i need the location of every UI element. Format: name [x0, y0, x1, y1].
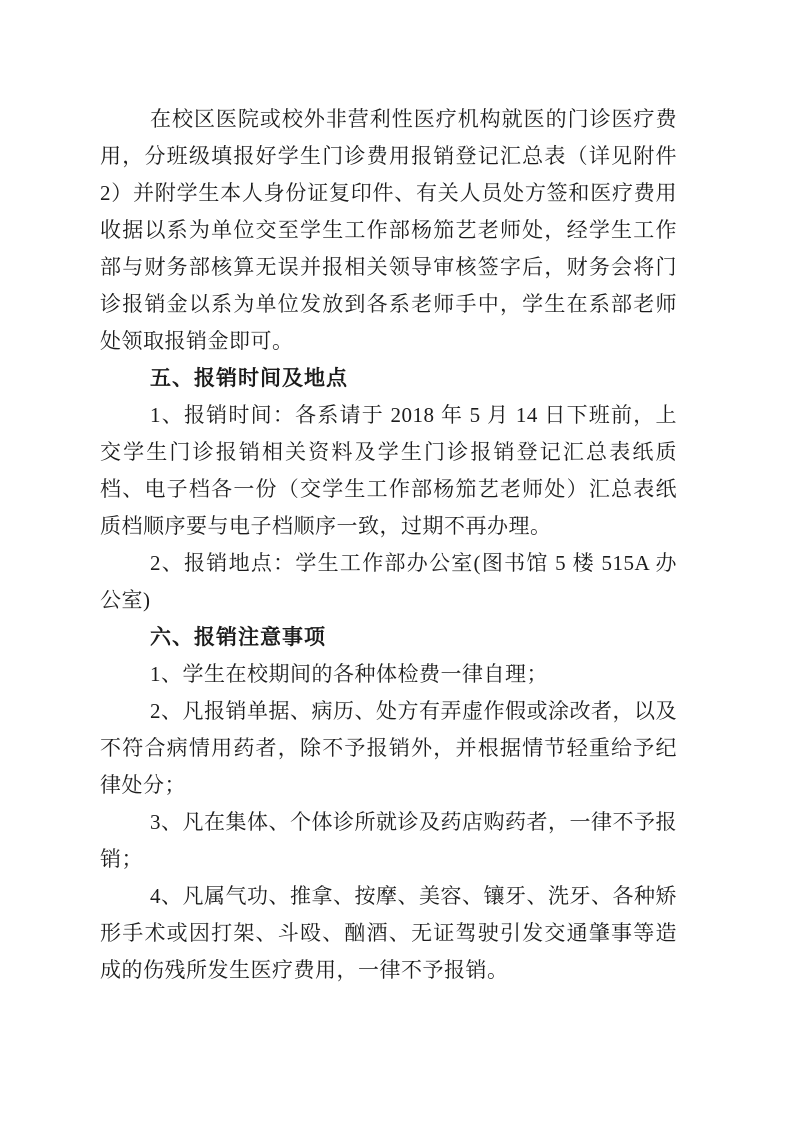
document-body: 在校区医院或校外非营利性医疗机构就医的门诊医疗费用，分班级填报好学生门诊费用报销…	[100, 101, 677, 989]
paragraph-reimbursement-place: 2、报销地点：学生工作部办公室(图书馆 5 楼 515A 办公室)	[100, 545, 677, 619]
document-page: 在校区医院或校外非营利性医疗机构就医的门诊医疗费用，分班级填报好学生门诊费用报销…	[0, 0, 793, 1122]
section-heading-notes: 六、报销注意事项	[100, 619, 677, 656]
paragraph-note-3: 3、凡在集体、个体诊所就诊及药店购药者，一律不予报销；	[100, 804, 677, 878]
paragraph-note-4: 4、凡属气功、推拿、按摩、美容、镶牙、洗牙、各种矫形手术或因打架、斗殴、酗酒、无…	[100, 878, 677, 989]
paragraph-reimbursement-procedure: 在校区医院或校外非营利性医疗机构就医的门诊医疗费用，分班级填报好学生门诊费用报销…	[100, 101, 677, 360]
section-heading-time-and-place: 五、报销时间及地点	[100, 360, 677, 397]
paragraph-note-1: 1、学生在校期间的各种体检费一律自理；	[100, 656, 677, 693]
paragraph-note-2: 2、凡报销单据、病历、处方有弄虚作假或涂改者，以及不符合病情用药者，除不予报销外…	[100, 693, 677, 804]
paragraph-reimbursement-time: 1、报销时间：各系请于 2018 年 5 月 14 日下班前，上交学生门诊报销相…	[100, 397, 677, 545]
